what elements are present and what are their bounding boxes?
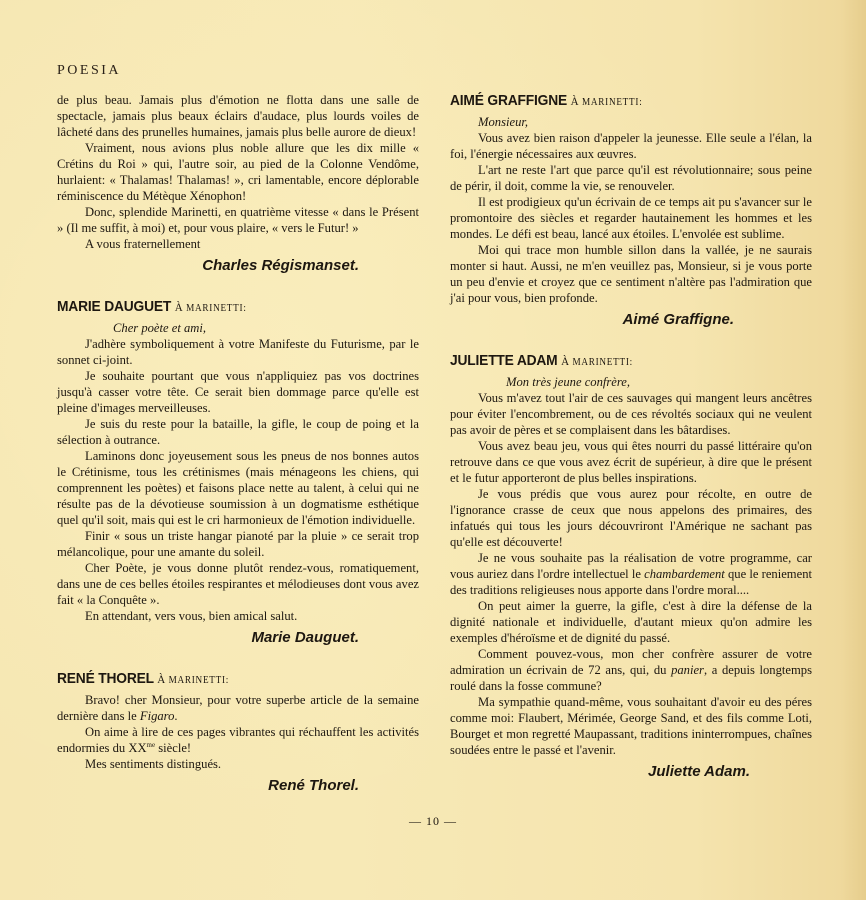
signature: René Thorel. — [57, 776, 419, 796]
page-number: — 10 — — [0, 814, 866, 829]
paragraph: Mes sentiments distingués. — [57, 756, 419, 772]
letter-recipient: À MARINETTI: — [571, 94, 643, 108]
letter-heading: RENÉ THOREL À MARINETTI: — [57, 670, 390, 690]
paragraph: Comment pouvez-vous, mon cher confrère a… — [450, 646, 812, 694]
letter-recipient: À MARINETTI: — [175, 300, 247, 314]
left-column: de plus beau. Jamais plus d'émotion ne f… — [57, 92, 419, 796]
letter-aime-graffigne: AIMÉ GRAFFIGNE À MARINETTI: Monsieur, Vo… — [450, 92, 812, 330]
letter-juliette-adam: JULIETTE ADAM À MARINETTI: Mon très jeun… — [450, 352, 812, 782]
paragraph: Ma sympathie quand-même, vous souhaitant… — [450, 694, 812, 758]
paragraph: Vous avez bien raison d'appeler la jeune… — [450, 130, 812, 162]
letter-regismanset-continuation: de plus beau. Jamais plus d'émotion ne f… — [57, 92, 419, 276]
paragraph: On aime à lire de ces pages vibrantes qu… — [57, 724, 419, 756]
paragraph: L'art ne reste l'art que parce qu'il est… — [450, 162, 812, 194]
letter-marie-dauguet: MARIE DAUGUET À MARINETTI: Cher poète et… — [57, 298, 419, 648]
paragraph: Je ne vous souhaite pas la réalisation d… — [450, 550, 812, 598]
signature: Juliette Adam. — [450, 762, 812, 782]
salutation: Cher poète et ami, — [57, 320, 419, 336]
paragraph: Finir « sous un triste hangar pianoté pa… — [57, 528, 419, 560]
signature: Charles Régismanset. — [57, 256, 419, 276]
signature: Marie Dauguet. — [57, 628, 419, 648]
running-head: POESIA — [57, 63, 121, 79]
paragraph: Je vous prédis que vous aurez pour récol… — [450, 486, 812, 550]
letter-rene-thorel: RENÉ THOREL À MARINETTI: Bravo! cher Mon… — [57, 670, 419, 796]
signature: Aimé Graffigne. — [450, 310, 812, 330]
letter-heading: JULIETTE ADAM À MARINETTI: — [450, 352, 783, 372]
paragraph: Bravo! cher Monsieur, pour votre superbe… — [57, 692, 419, 724]
paragraph: En attendant, vers vous, bien amical sal… — [57, 608, 419, 624]
paragraph: On peut aimer la guerre, la gifle, c'est… — [450, 598, 812, 646]
salutation: Mon très jeune confrère, — [450, 374, 812, 390]
letter-author: AIMÉ GRAFFIGNE — [450, 92, 567, 109]
paragraph: Vraiment, nous avions plus noble allure … — [57, 140, 419, 204]
paragraph: A vous fraternellement — [57, 236, 419, 252]
paragraph: Donc, splendide Marinetti, en quatrième … — [57, 204, 419, 236]
paragraph: Il est prodigieux qu'un écrivain de ce t… — [450, 194, 812, 242]
paragraph: Moi qui trace mon humble sillon dans la … — [450, 242, 812, 306]
paragraph: Laminons donc joyeusement sous les pneus… — [57, 448, 419, 528]
paragraph: Vous avez beau jeu, vous qui êtes nourri… — [450, 438, 812, 486]
paragraph: Je suis du reste pour la bataille, la gi… — [57, 416, 419, 448]
paragraph: Vous m'avez tout l'air de ces sauvages q… — [450, 390, 812, 438]
letter-heading: MARIE DAUGUET À MARINETTI: — [57, 298, 390, 318]
letter-heading: AIMÉ GRAFFIGNE À MARINETTI: — [450, 92, 783, 112]
paragraph: J'adhère symboliquement à votre Manifest… — [57, 336, 419, 368]
letter-author: RENÉ THOREL — [57, 670, 154, 687]
letter-author: JULIETTE ADAM — [450, 352, 557, 369]
paragraph: de plus beau. Jamais plus d'émotion ne f… — [57, 92, 419, 140]
paragraph: Cher Poète, je vous donne plutôt rendez-… — [57, 560, 419, 608]
salutation: Monsieur, — [450, 114, 812, 130]
letter-recipient: À MARINETTI: — [157, 672, 229, 686]
right-column: AIMÉ GRAFFIGNE À MARINETTI: Monsieur, Vo… — [450, 92, 812, 782]
letter-author: MARIE DAUGUET — [57, 298, 171, 315]
letter-recipient: À MARINETTI: — [561, 354, 633, 368]
paragraph: Je souhaite pourtant que vous n'appliqui… — [57, 368, 419, 416]
